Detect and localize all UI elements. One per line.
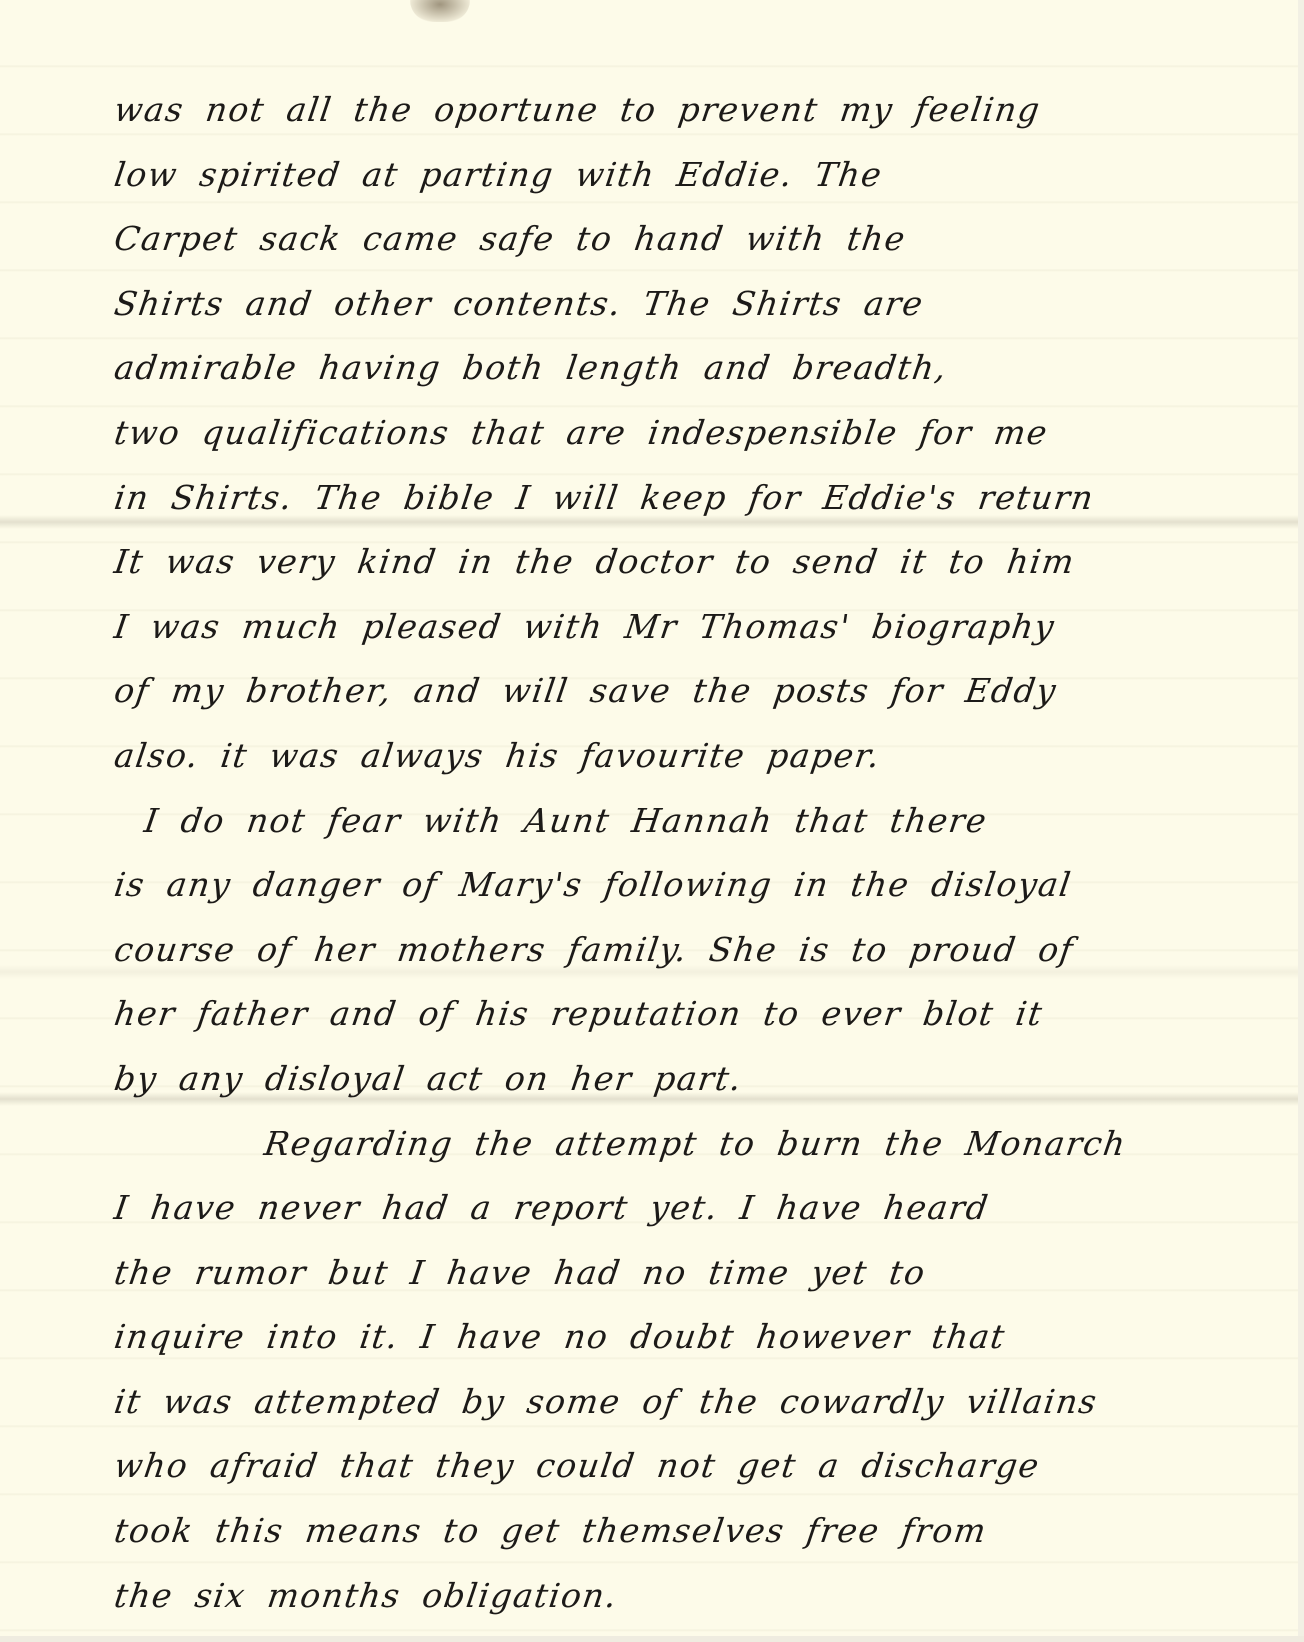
paper-stain xyxy=(410,0,470,22)
text-line: in Shirts. The bible I will keep for Edd… xyxy=(110,466,1269,531)
text-line: Shirts and other contents. The Shirts ar… xyxy=(110,272,1269,337)
text-line: low spirited at parting with Eddie. The xyxy=(110,143,1269,208)
text-line: the six months obligation. xyxy=(110,1564,1269,1629)
text-line: I have never had a report yet. I have he… xyxy=(110,1176,1269,1241)
text-line: Carpet sack came safe to hand with the xyxy=(110,207,1269,272)
text-line: her father and of his reputation to ever… xyxy=(110,982,1269,1047)
text-line: also. it was always his favourite paper. xyxy=(110,724,1269,789)
text-line: was not all the oportune to prevent my f… xyxy=(110,78,1269,143)
page-edge xyxy=(0,1636,1304,1642)
letter-page: was not all the oportune to prevent my f… xyxy=(0,0,1304,1642)
text-line: it was attempted by some of the cowardly… xyxy=(110,1370,1269,1435)
text-line: two qualifications that are indespensibl… xyxy=(110,401,1269,466)
text-line: of my brother, and will save the posts f… xyxy=(110,659,1269,724)
text-line: inquire into it. I have no doubt however… xyxy=(110,1305,1269,1370)
text-line: course of her mothers family. She is to … xyxy=(110,918,1269,983)
text-line: who afraid that they could not get a dis… xyxy=(110,1434,1269,1499)
paragraph-start-line: Regarding the attempt to burn the Monarc… xyxy=(110,1112,1269,1177)
page-edge xyxy=(1298,0,1304,1642)
text-line: took this means to get themselves free f… xyxy=(110,1499,1269,1564)
text-line: by any disloyal act on her part. xyxy=(110,1047,1269,1112)
text-line: is any danger of Mary's following in the… xyxy=(110,853,1269,918)
text-line: the rumor but I have had no time yet to xyxy=(110,1241,1269,1306)
handwritten-text: was not all the oportune to prevent my f… xyxy=(110,78,1260,1628)
text-line: It was very kind in the doctor to send i… xyxy=(110,530,1269,595)
text-line: I was much pleased with Mr Thomas' biogr… xyxy=(110,595,1269,660)
text-line: admirable having both length and breadth… xyxy=(110,336,1269,401)
paragraph-start-line: I do not fear with Aunt Hannah that ther… xyxy=(110,789,1269,854)
